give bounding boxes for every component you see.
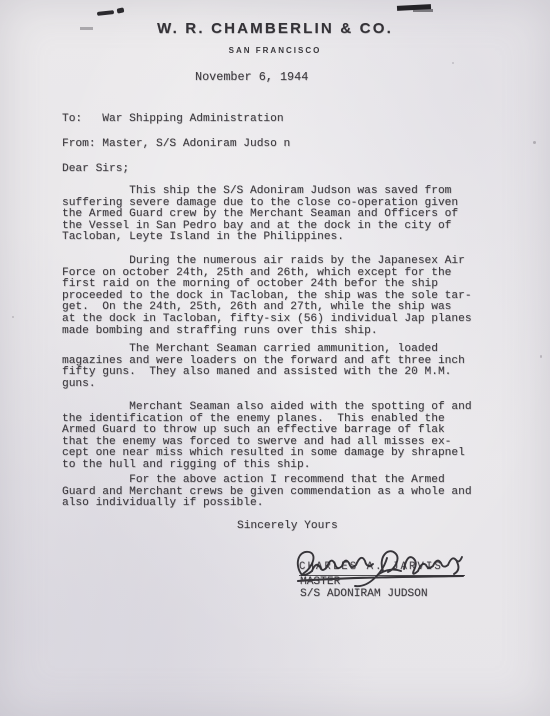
letterhead-city: SAN FRANCISCO [0,46,550,55]
to-line: To: War Shipping Administration [62,114,284,126]
letterhead-company-name: W. R. CHAMBERLIN & CO. [0,20,550,37]
date-line: November 6, 1944 [195,72,308,84]
closing-line: Sincerely Yours [237,521,338,533]
body-paragraph: For the above action I recommend that th… [62,475,472,510]
signer-ship-name: S/S ADONIRAM JUDSON [300,589,428,601]
signer-title: MASTER [300,577,340,589]
pencil-mark-top-left-dot [117,7,125,13]
pencil-mark-top-right-smudge [413,9,433,12]
salutation: Dear Sirs; [62,164,129,176]
paper-speck [12,316,14,318]
body-paragraph: During the numerous air raids by the Jap… [62,256,472,337]
paper-speck [452,62,454,64]
body-paragraph: Merchant Seaman also aided with the spot… [62,402,472,472]
from-line: From: Master, S/S Adoniram Judso n [62,139,290,151]
paper-speck [540,355,542,358]
scanned-letter-page: W. R. CHAMBERLIN & CO. SAN FRANCISCO Nov… [0,0,550,716]
paper-speck [533,141,536,144]
body-paragraph: This ship the S/S Adoniram Judson was sa… [62,186,458,244]
body-paragraph: The Merchant Seaman carried ammunition, … [62,344,465,390]
pencil-mark-top-left-dash [97,10,114,16]
